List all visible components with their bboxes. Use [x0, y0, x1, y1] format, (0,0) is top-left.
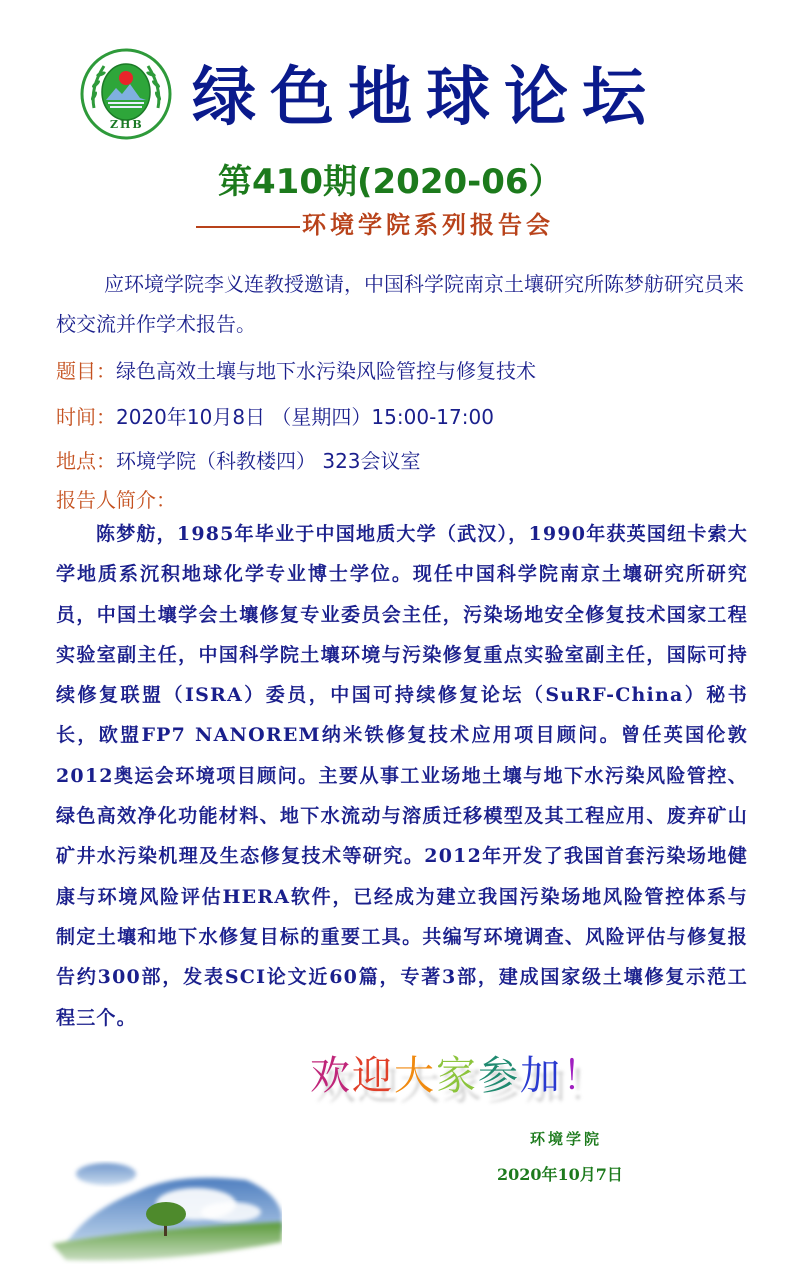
series-subtitle: 环境学院系列报告会 — [196, 208, 554, 242]
topic-value: 绿色高效土壤与地下水污染风险管控与修复技术 — [116, 359, 536, 383]
intro-paragraph: 应环境学院李义连教授邀请，中国科学院南京土壤研究所陈梦舫研究员来校交流并作学术报… — [56, 264, 746, 344]
welcome-char: 参 — [478, 1048, 520, 1104]
logo-text: ZHB — [110, 118, 144, 131]
signature-date: 2020年10月7日 — [497, 1164, 623, 1186]
topic-row: 题目：绿色高效土壤与地下水污染风险管控与修复技术 — [56, 353, 746, 389]
issue-number: 第410期(2020-06） — [218, 160, 563, 204]
forum-title: 绿色地球论坛 — [192, 58, 660, 138]
dash-divider — [196, 226, 300, 228]
time-row: 时间：2020年10月8日 （星期四）15:00-17:00 — [56, 399, 746, 435]
signature-organization: 环境学院 — [530, 1128, 602, 1150]
topic-label: 题目： — [56, 359, 116, 383]
series-text: 环境学院系列报告会 — [302, 210, 554, 239]
zhb-logo: ZHB — [80, 48, 172, 140]
bio-paragraph: 陈梦舫，1985年毕业于中国地质大学（武汉），1990年获英国纽卡索大学地质系沉… — [56, 514, 748, 1038]
welcome-banner: 欢迎大家参加！ — [310, 1048, 604, 1104]
welcome-char: ！ — [562, 1048, 604, 1104]
landscape-illustration — [46, 1152, 282, 1264]
bio-heading: 报告人简介： — [56, 483, 176, 517]
welcome-char: 迎 — [352, 1048, 394, 1104]
welcome-char: 欢 — [310, 1048, 352, 1104]
welcome-char: 大 — [394, 1048, 436, 1104]
place-row: 地点：环境学院（科教楼四） 323会议室 — [56, 443, 746, 479]
place-label: 地点： — [56, 449, 116, 473]
time-label: 时间： — [56, 405, 116, 429]
place-value: 环境学院（科教楼四） 323会议室 — [116, 449, 421, 473]
welcome-char: 加 — [520, 1048, 562, 1104]
time-value: 2020年10月8日 （星期四）15:00-17:00 — [116, 405, 494, 429]
welcome-char: 家 — [436, 1048, 478, 1104]
